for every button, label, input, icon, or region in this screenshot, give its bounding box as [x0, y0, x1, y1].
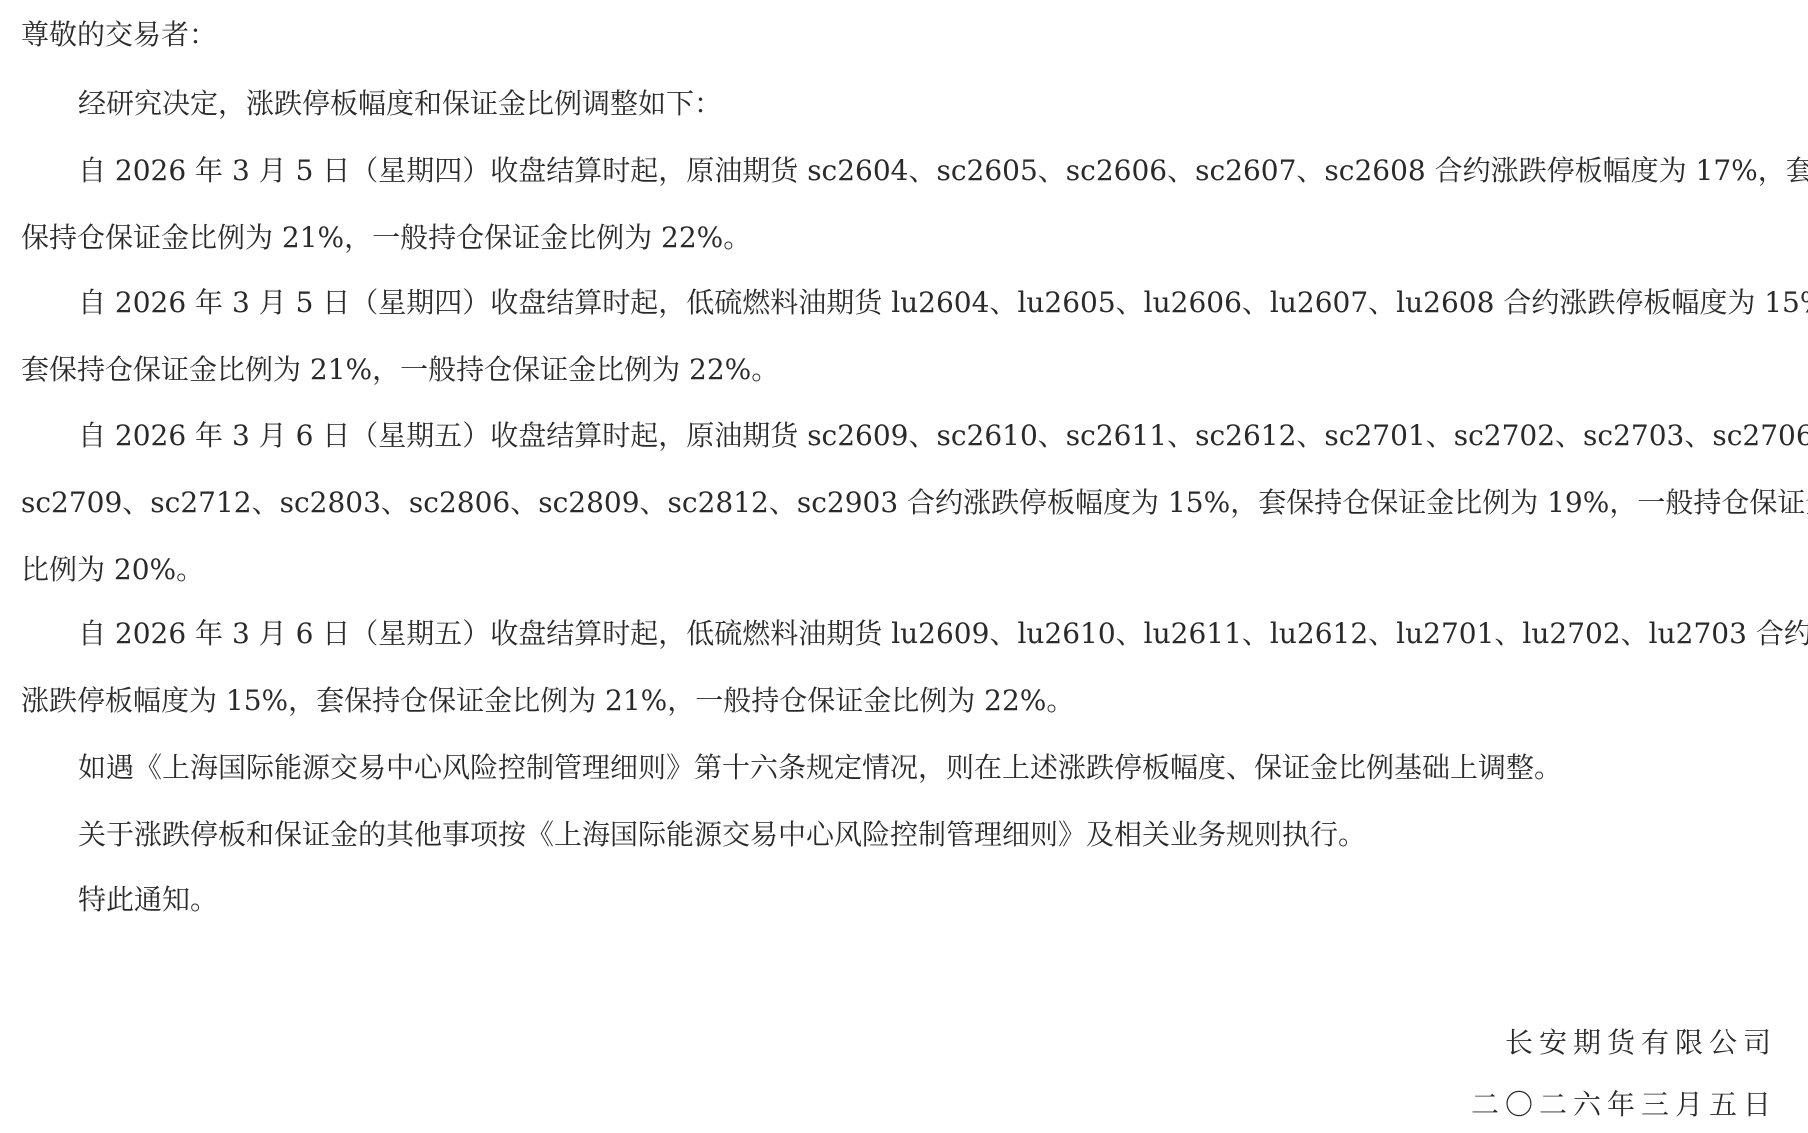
intro-text: 经研究决定，涨跌停板幅度和保证金比例调整如下： — [78, 84, 1778, 124]
paragraph-line: 保持仓保证金比例为 21%，一般持仓保证金比例为 22%。 — [21, 218, 1778, 258]
notice-document: 尊敬的交易者： 经研究决定，涨跌停板幅度和保证金比例调整如下： 自 2026 年… — [0, 0, 1808, 1133]
paragraph-line: 自 2026 年 3 月 6 日（星期五）收盘结算时起，原油期货 sc2609、… — [78, 416, 1778, 456]
paragraph-line: 套保持仓保证金比例为 21%，一般持仓保证金比例为 22%。 — [21, 350, 1778, 390]
salutation: 尊敬的交易者： — [21, 15, 1778, 55]
rule-clause: 如遇《上海国际能源交易中心风险控制管理细则》第十六条规定情况，则在上述涨跌停板幅… — [78, 748, 1778, 788]
paragraph-line: sc2709、sc2712、sc2803、sc2806、sc2809、sc281… — [21, 483, 1778, 523]
paragraph-line: 涨跌停板幅度为 15%，套保持仓保证金比例为 21%，一般持仓保证金比例为 22… — [21, 681, 1778, 721]
signature-company: 长安期货有限公司 — [1505, 1023, 1777, 1063]
paragraph-line: 比例为 20%。 — [21, 550, 1778, 590]
paragraph-line: 自 2026 年 3 月 5 日（星期四）收盘结算时起，低硫燃料油期货 lu26… — [78, 283, 1778, 323]
other-matters: 关于涨跌停板和保证金的其他事项按《上海国际能源交易中心风险控制管理细则》及相关业… — [78, 815, 1778, 855]
closing-text: 特此通知。 — [78, 880, 1778, 920]
signature-date: 二〇二六年三月五日 — [1471, 1085, 1777, 1125]
paragraph-line: 自 2026 年 3 月 5 日（星期四）收盘结算时起，原油期货 sc2604、… — [78, 151, 1778, 191]
paragraph-line: 自 2026 年 3 月 6 日（星期五）收盘结算时起，低硫燃料油期货 lu26… — [78, 614, 1778, 654]
